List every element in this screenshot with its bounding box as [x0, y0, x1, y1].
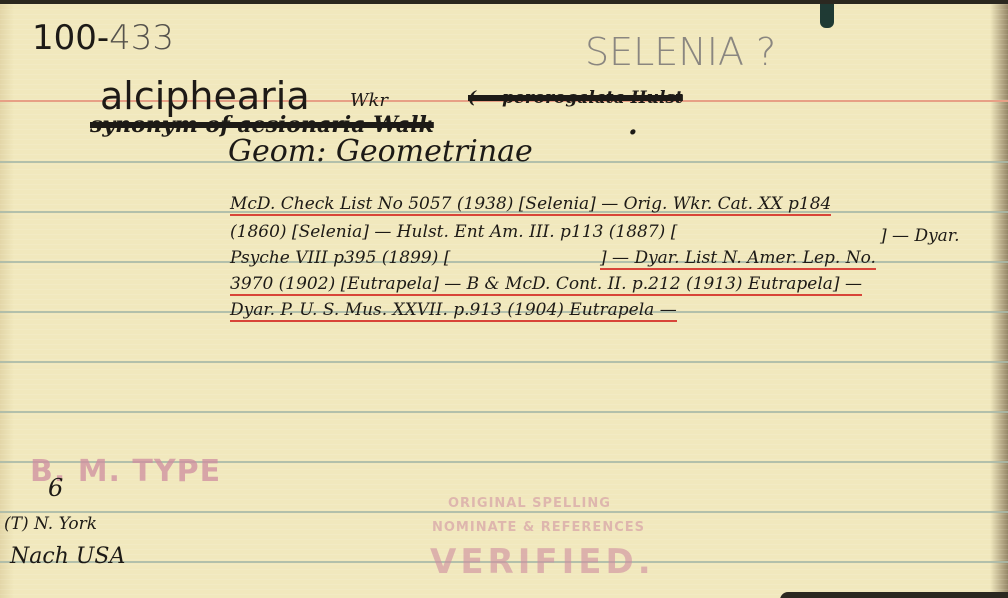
- catalog-number-suffix: 433: [109, 18, 174, 58]
- index-card: 100-433 SELENIA ? alciphearia Wkr ( = pe…: [0, 0, 1008, 598]
- reference-text: McD. Check List No 5057 (1938) [Selenia]…: [230, 194, 831, 216]
- ink-blot: [820, 4, 834, 28]
- blue-rule: [0, 361, 1008, 363]
- reference-text: 3970 (1902) [Eutrapela] — B & McD. Cont.…: [230, 274, 862, 296]
- specimen-count: 6: [48, 474, 63, 502]
- reference-text: ] — Dyar. List N. Amer. Lep. No.: [600, 248, 876, 270]
- reference-line-4: 3970 (1902) [Eutrapela] — B & McD. Cont.…: [230, 274, 862, 294]
- reference-text: Dyar. P. U. S. Mus. XXVII. p.913 (1904) …: [230, 300, 677, 322]
- blue-rule: [0, 511, 1008, 513]
- locality-line-1: (T) N. York: [4, 514, 97, 534]
- classification: Geom: Geometrinae: [228, 134, 533, 169]
- struck-synonym-1: ( = perorogalata Hulst: [468, 88, 683, 108]
- verification-stamp-line-3: VERIFIED.: [430, 542, 655, 582]
- reference-line-3c: ] — Dyar. List N. Amer. Lep. No.: [600, 248, 876, 268]
- verification-stamp-line-1: ORIGINAL SPELLING: [448, 496, 611, 511]
- pencil-genus-note: SELENIA ?: [585, 30, 776, 74]
- reference-line-3: Psyche VIII p395 (1899) [: [230, 248, 450, 268]
- catalog-number: 100-433: [32, 18, 174, 58]
- catalog-number-prefix: 100-: [32, 18, 109, 58]
- reference-line-3b: ] — Dyar.: [880, 226, 959, 246]
- card-edge-shadow: [780, 592, 1008, 598]
- blue-rule: [0, 411, 1008, 413]
- species-author: Wkr: [350, 90, 388, 111]
- struck-period: .: [628, 108, 638, 141]
- reference-line-2: (1860) [Selenia] — Hulst. Ent Am. III. p…: [230, 222, 677, 242]
- verification-stamp-line-2: NOMINATE & REFERENCES: [432, 520, 645, 535]
- reference-line-5: Dyar. P. U. S. Mus. XXVII. p.913 (1904) …: [230, 300, 677, 320]
- locality-line-2: Nach USA: [10, 544, 125, 569]
- reference-line-1: McD. Check List No 5057 (1938) [Selenia]…: [230, 194, 831, 214]
